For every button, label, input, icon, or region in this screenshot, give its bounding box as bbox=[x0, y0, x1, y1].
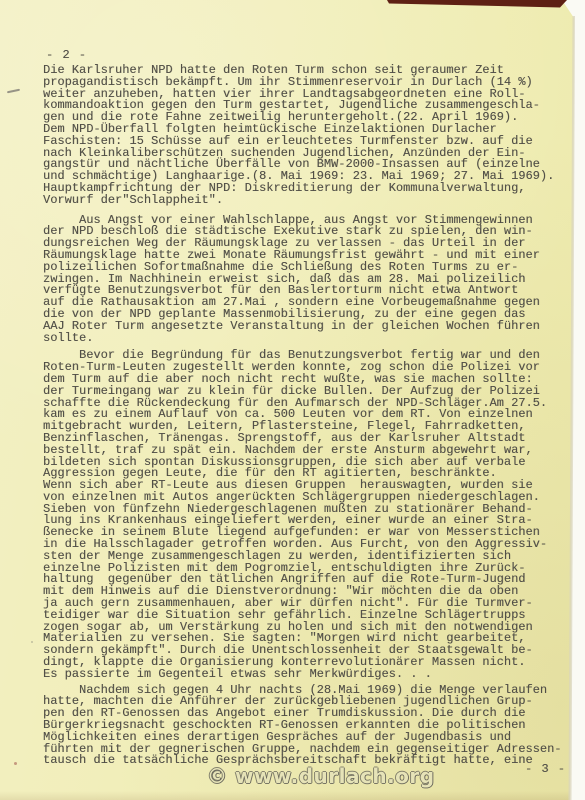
scan-right-edge bbox=[562, 0, 585, 800]
page-number-top: - 2 - bbox=[46, 48, 87, 62]
paper-speck bbox=[14, 762, 17, 765]
text-line: sollte. bbox=[43, 333, 561, 345]
page-number-bottom: - 3 - bbox=[525, 762, 566, 776]
text-line: Es passierte im Gegenteil etwas sehr Mer… bbox=[43, 669, 561, 681]
paragraph: Aus Angst vor einer Wahlschlappe, aus An… bbox=[43, 215, 561, 345]
text-line: AAJ Roter Turm angesetzte Veranstaltung … bbox=[43, 321, 561, 333]
document-body: Die Karlsruher NPD hatte den Roten Turm … bbox=[43, 65, 561, 773]
watermark: © www.durlach.org bbox=[207, 764, 435, 788]
text-line: Vorwurf der"Schlappheit". bbox=[43, 195, 561, 207]
paragraph: Nachdem sich gegen 4 Uhr nachts (28.Mai … bbox=[43, 685, 561, 768]
page-edge-shadow bbox=[569, 16, 576, 800]
paper-speck bbox=[31, 641, 33, 643]
paragraph: Die Karlsruher NPD hatte den Roten Turm … bbox=[43, 65, 561, 207]
scan-top-band bbox=[387, 0, 567, 8]
margin-mark bbox=[7, 89, 20, 94]
scanned-page: - 2 - Die Karlsruher NPD hatte den Roten… bbox=[0, 0, 585, 800]
paragraph: Bevor die Begründung für das Benutzungsv… bbox=[43, 350, 561, 680]
